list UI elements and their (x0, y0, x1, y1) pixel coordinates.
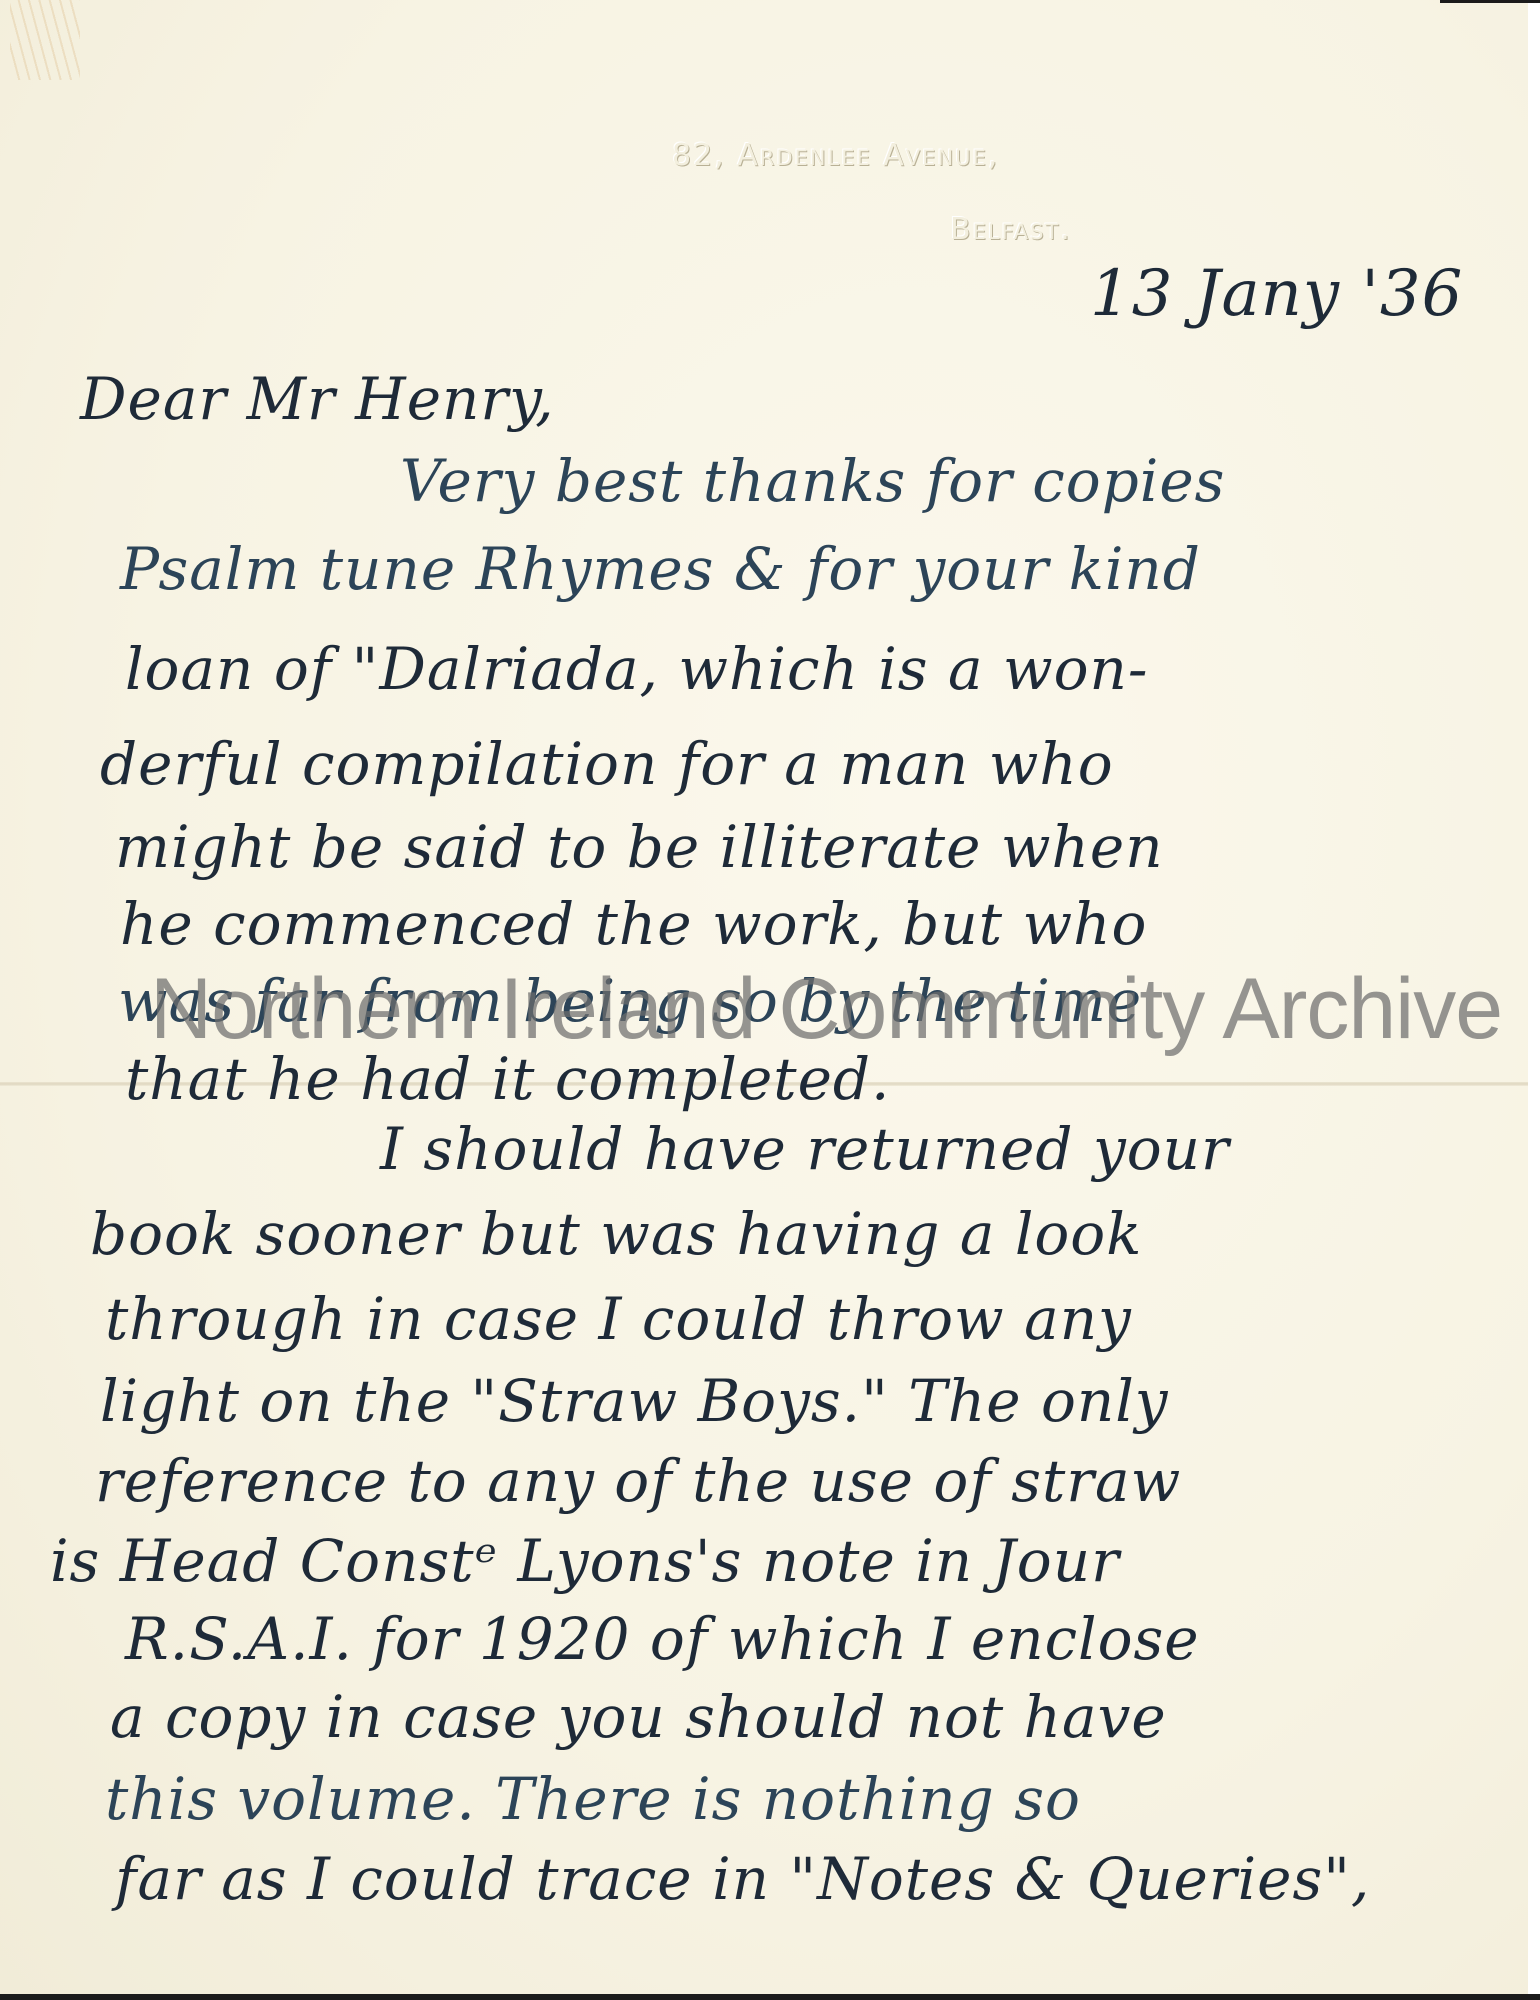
letter-date: 13 Jany '36 (1090, 262, 1463, 326)
letter-line: light on the "Straw Boys." The only (100, 1372, 1169, 1430)
letter-line: reference to any of the use of straw (95, 1452, 1181, 1510)
paper-stain (10, 0, 80, 80)
scan-edge-top (1440, 0, 1540, 3)
archive-watermark: Northern Ireland Community Archive (150, 960, 1502, 1059)
letter-line: I should have returned your (380, 1120, 1230, 1178)
letterhead-address: 82, Ardenlee Avenue, (672, 138, 999, 173)
letter-line: this volume. There is nothing so (105, 1770, 1081, 1828)
letter-line: loan of "Dalriada, which is a won- (125, 640, 1149, 698)
letter-line: far as I could trace in "Notes & Queries… (115, 1850, 1370, 1908)
letter-line: book sooner but was having a look (90, 1205, 1142, 1263)
letter-line: through in case I could throw any (105, 1290, 1132, 1348)
letter-line: R.S.A.I. for 1920 of which I enclose (125, 1610, 1200, 1668)
letter-line: Very best thanks for copies (400, 452, 1225, 510)
letterhead-city: Belfast. (950, 212, 1072, 247)
letter-line: a copy in case you should not have (110, 1688, 1167, 1746)
scan-edge-bottom (0, 1994, 1540, 2000)
letter-line: is Head Constᵉ Lyons's note in Jour (50, 1532, 1120, 1590)
salutation: Dear Mr Henry, (80, 370, 555, 428)
letter-line: might be said to be illiterate when (115, 818, 1164, 876)
letter-line: derful compilation for a man who (100, 735, 1114, 793)
letter-line: Psalm tune Rhymes & for your kind (120, 540, 1201, 598)
letter-line: he commenced the work, but who (120, 895, 1147, 953)
